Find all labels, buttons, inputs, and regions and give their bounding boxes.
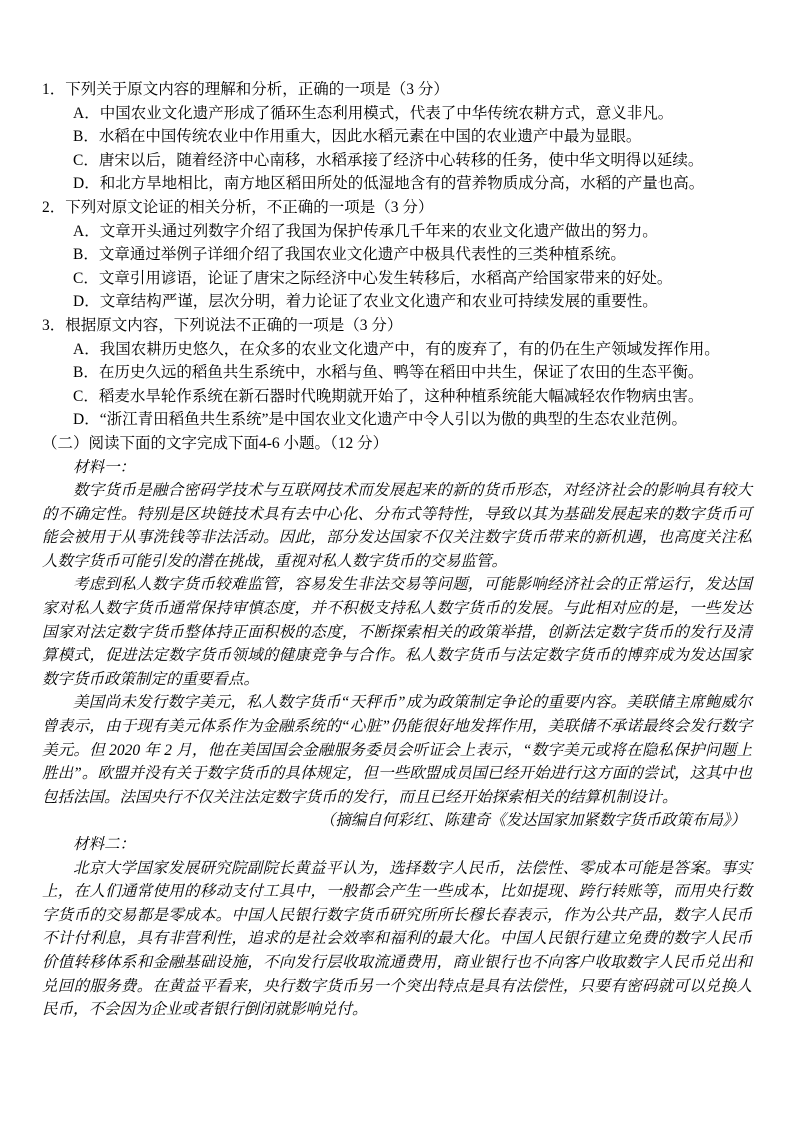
material-two-paragraph-1: 北京大学国家发展研究院副院长黄益平认为，选择数字人民币，法偿性、零成本可能是答案… [42, 857, 752, 1022]
question-3-option-c: C．稻麦水旱轮作系统在新石器时代晚期就开始了，这种种植系统能大幅减轻农作物病虫害… [42, 385, 752, 409]
material-one-block: 材料一： 数字货币是融合密码学技术与互联网技术而发展起来的新的货币形态，对经济社… [42, 456, 752, 834]
material-two-label: 材料二： [42, 833, 752, 857]
question-1-option-b: B．水稻在中国传统农业中作用重大，因此水稻元素在中国的农业遗产中最为显眼。 [42, 125, 752, 149]
question-2-block: 2．下列对原文论证的相关分析，不正确的一项是（3 分） A．文章开头通过列数字介… [42, 196, 752, 314]
material-one-paragraph-1: 数字货币是融合密码学技术与互联网技术而发展起来的新的货币形态，对经济社会的影响具… [42, 479, 752, 573]
question-1-option-d: D．和北方旱地相比，南方地区稻田所处的低湿地含有的营养物质成分高，水稻的产量也高… [42, 172, 752, 196]
material-two-block: 材料二： 北京大学国家发展研究院副院长黄益平认为，选择数字人民币，法偿性、零成本… [42, 833, 752, 1022]
question-3-block: 3．根据原文内容，下列说法不正确的一项是（3 分） A．我国农耕历史悠久，在众多… [42, 314, 752, 432]
question-2-stem: 2．下列对原文论证的相关分析，不正确的一项是（3 分） [42, 196, 752, 220]
material-one-paragraph-3: 美国尚未发行数字美元，私人数字货币“天秤币”成为政策制定争论的重要内容。美联储主… [42, 691, 752, 809]
section-two-header: （二）阅读下面的文字完成下面4-6 小题。（12 分） [42, 432, 752, 456]
material-one-attribution: （摘编自何彩红、陈建奇《发达国家加紧数字货币政策布局》） [42, 809, 752, 833]
question-3-stem: 3．根据原文内容，下列说法不正确的一项是（3 分） [42, 314, 752, 338]
material-one-paragraph-2: 考虑到私人数字货币较难监管，容易发生非法交易等问题，可能影响经济社会的正常运行，… [42, 573, 752, 691]
question-2-option-b: B．文章通过举例子详细介绍了我国农业文化遗产中极具代表性的三类种植系统。 [42, 243, 752, 267]
question-2-option-c: C．文章引用谚语，论证了唐宋之际经济中心发生转移后，水稻高产给国家带来的好处。 [42, 267, 752, 291]
question-1-option-a: A．中国农业文化遗产形成了循环生态利用模式，代表了中华传统农耕方式，意义非凡。 [42, 102, 752, 126]
material-one-label: 材料一： [42, 456, 752, 480]
question-3-option-d: D．“浙江青田稻鱼共生系统”是中国农业文化遗产中令人引以为傲的典型的生态农业范例… [42, 408, 752, 432]
question-3-option-b: B．在历史久远的稻鱼共生系统中，水稻与鱼、鸭等在稻田中共生，保证了农田的生态平衡… [42, 361, 752, 385]
question-3-option-a: A．我国农耕历史悠久，在众多的农业文化遗产中，有的废弃了，有的仍在生产领域发挥作… [42, 338, 752, 362]
question-1-option-c: C．唐宋以后，随着经济中心南移，水稻承接了经济中心转移的任务，使中华文明得以延续… [42, 149, 752, 173]
question-1-block: 1．下列关于原文内容的理解和分析，正确的一项是（3 分） A．中国农业文化遗产形… [42, 78, 752, 196]
question-1-stem: 1．下列关于原文内容的理解和分析，正确的一项是（3 分） [42, 78, 752, 102]
exam-page: 1．下列关于原文内容的理解和分析，正确的一项是（3 分） A．中国农业文化遗产形… [0, 0, 794, 1123]
question-2-option-a: A．文章开头通过列数字介绍了我国为保护传承几千年来的农业文化遗产做出的努力。 [42, 220, 752, 244]
question-2-option-d: D．文章结构严谨，层次分明，着力论证了农业文化遗产和农业可持续发展的重要性。 [42, 290, 752, 314]
